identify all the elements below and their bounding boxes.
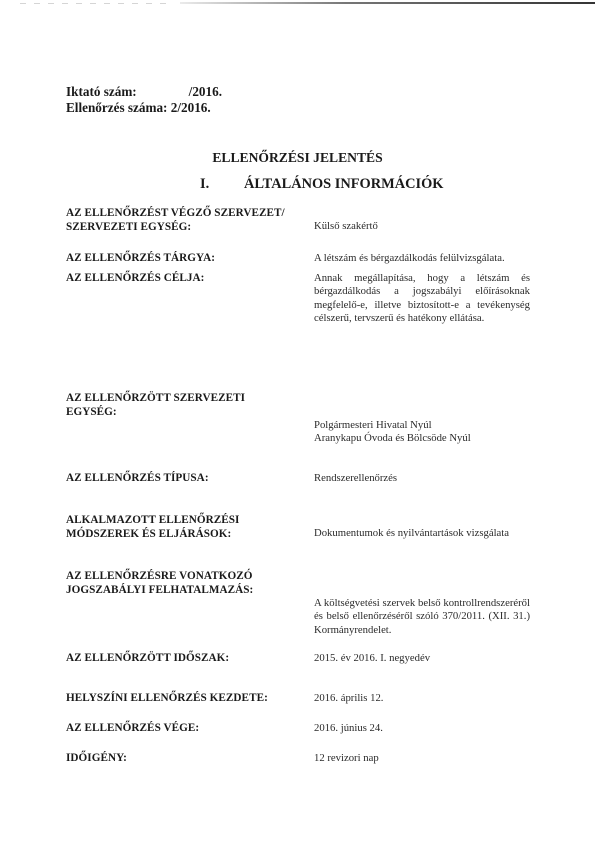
field-value: 12 revizori nap <box>314 752 530 765</box>
field-value-line: A költségvetési szervek belső kontrollre… <box>314 597 530 637</box>
field-value-line: Polgármesteri Hivatal Nyúl <box>314 419 530 432</box>
scan-edge-artifact <box>20 3 170 4</box>
field-label: IDŐIGÉNY: <box>66 752 306 766</box>
field-label: HELYSZÍNI ELLENŐRZÉS KEZDETE: <box>66 692 306 706</box>
field-value-line: 2016. június 24. <box>314 722 530 735</box>
field-value-line: 2015. év 2016. I. negyedév <box>314 652 530 665</box>
field-value: 2015. év 2016. I. negyedév <box>314 652 530 665</box>
section-heading: I.ÁLTALÁNOS INFORMÁCIÓK <box>200 176 444 193</box>
document-reference-block: Iktató szám:/2016. Ellenőrzés száma: 2/2… <box>66 84 222 116</box>
field-value-line: Dokumentumok és nyilvántartások vizsgála… <box>314 527 530 540</box>
field-label: AZ ELLENŐRZÉS VÉGE: <box>66 722 306 736</box>
filing-number-value: /2016. <box>170 84 222 100</box>
field-value-line: Rendszerellenőrzés <box>314 472 530 485</box>
field-label: AZ ELLENŐRZÉS TÁRGYA: <box>66 252 306 266</box>
document-title: ELLENŐRZÉSI JELENTÉS <box>0 150 595 166</box>
field-value: Rendszerellenőrzés <box>314 472 530 485</box>
field-label: AZ ELLENŐRZÉST VÉGZŐ SZERVEZET/SZERVEZET… <box>66 207 306 234</box>
field-value: Külső szakértő <box>314 220 530 233</box>
field-label: AZ ELLENŐRZÉS TÍPUSA: <box>66 472 306 486</box>
section-number: I. <box>200 176 244 193</box>
audit-number-value: 2/2016. <box>171 100 211 115</box>
field-value-line: A létszám és bérgazdálkodás felülvizsgál… <box>314 252 530 265</box>
scan-edge-artifact <box>180 2 595 4</box>
filing-number-label: Iktató szám: <box>66 84 170 100</box>
field-value: 2016. április 12. <box>314 692 530 705</box>
field-value: 2016. június 24. <box>314 722 530 735</box>
field-label: AZ ELLENŐRZÖTT IDŐSZAK: <box>66 652 306 666</box>
section-title: ÁLTALÁNOS INFORMÁCIÓK <box>244 176 444 192</box>
filing-number-row: Iktató szám:/2016. <box>66 84 222 100</box>
field-label: AZ ELLENŐRZÉSRE VONATKOZÓJOGSZABÁLYI FEL… <box>66 570 306 597</box>
audit-number-label: Ellenőrzés száma: <box>66 100 167 115</box>
field-value-line: Külső szakértő <box>314 220 530 233</box>
field-value-line: Aranykapu Óvoda és Bölcsöde Nyúl <box>314 432 530 445</box>
field-label: AZ ELLENŐRZÖTT SZERVEZETIEGYSÉG: <box>66 392 306 419</box>
field-value: Annak megállapítása, hogy a létszám és b… <box>314 272 530 326</box>
field-value: A létszám és bérgazdálkodás felülvizsgál… <box>314 252 530 265</box>
field-label: ALKALMAZOTT ELLENŐRZÉSIMÓDSZEREK ÉS ELJÁ… <box>66 514 306 541</box>
field-value: A költségvetési szervek belső kontrollre… <box>314 597 530 637</box>
field-value-line: 2016. április 12. <box>314 692 530 705</box>
field-label: AZ ELLENŐRZÉS CÉLJA: <box>66 272 306 286</box>
audit-number-row: Ellenőrzés száma: 2/2016. <box>66 100 222 116</box>
field-value: Dokumentumok és nyilvántartások vizsgála… <box>314 527 530 540</box>
field-value: Polgármesteri Hivatal NyúlAranykapu Óvod… <box>314 419 530 446</box>
field-value-line: 12 revizori nap <box>314 752 530 765</box>
field-value-line: Annak megállapítása, hogy a létszám és b… <box>314 272 530 326</box>
